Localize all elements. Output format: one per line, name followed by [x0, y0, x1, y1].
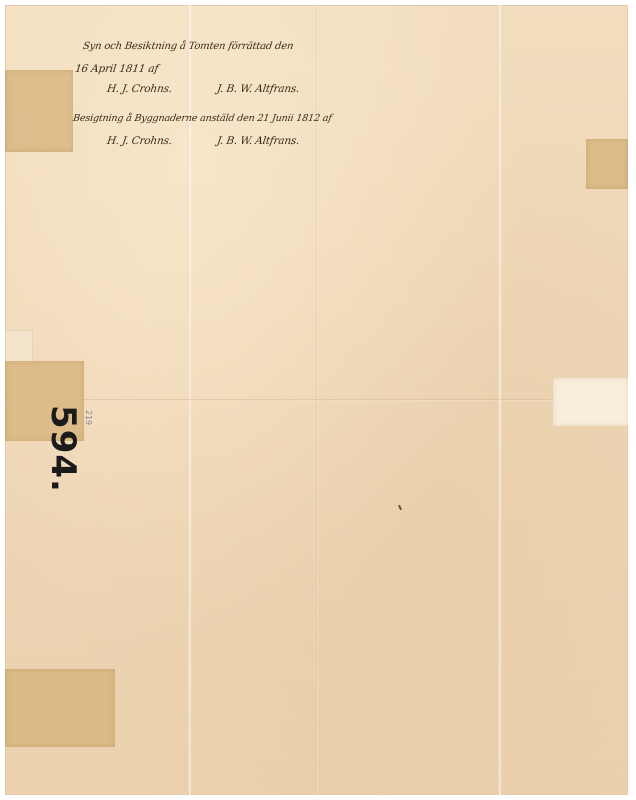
- stamp-small-note: 219: [84, 410, 93, 425]
- horizontal-fold: [5, 399, 628, 401]
- archive-number-stamp: 594. 219: [33, 419, 93, 479]
- entry-1-line-1: Syn och Besiktning å Tomten förrättad de…: [82, 41, 294, 52]
- paper-patch-left: [5, 330, 33, 364]
- entry-1-signature-1: H. J. Crohns.: [106, 83, 173, 95]
- tape-strip-top-left: [5, 70, 73, 152]
- tape-strip-white-right: [553, 378, 628, 426]
- entry-2-line-1: Besigtning å Byggnaderne anstäld den 21 …: [72, 113, 332, 124]
- stamp-number: 594.: [43, 405, 83, 493]
- tape-strip-bottom-left: [5, 669, 115, 747]
- ink-speck: [398, 505, 402, 510]
- tape-strip-right: [586, 139, 628, 189]
- entry-2-signature-1: H. J. Crohns.: [106, 135, 173, 147]
- entry-1-signature-2: J. B. W. Altfrans.: [216, 83, 300, 95]
- entry-1-line-2: 16 April 1811 af: [74, 63, 159, 75]
- entry-2-signature-2: J. B. W. Altfrans.: [216, 135, 300, 147]
- document-sheet: Syn och Besiktning å Tomten förrättad de…: [5, 5, 628, 795]
